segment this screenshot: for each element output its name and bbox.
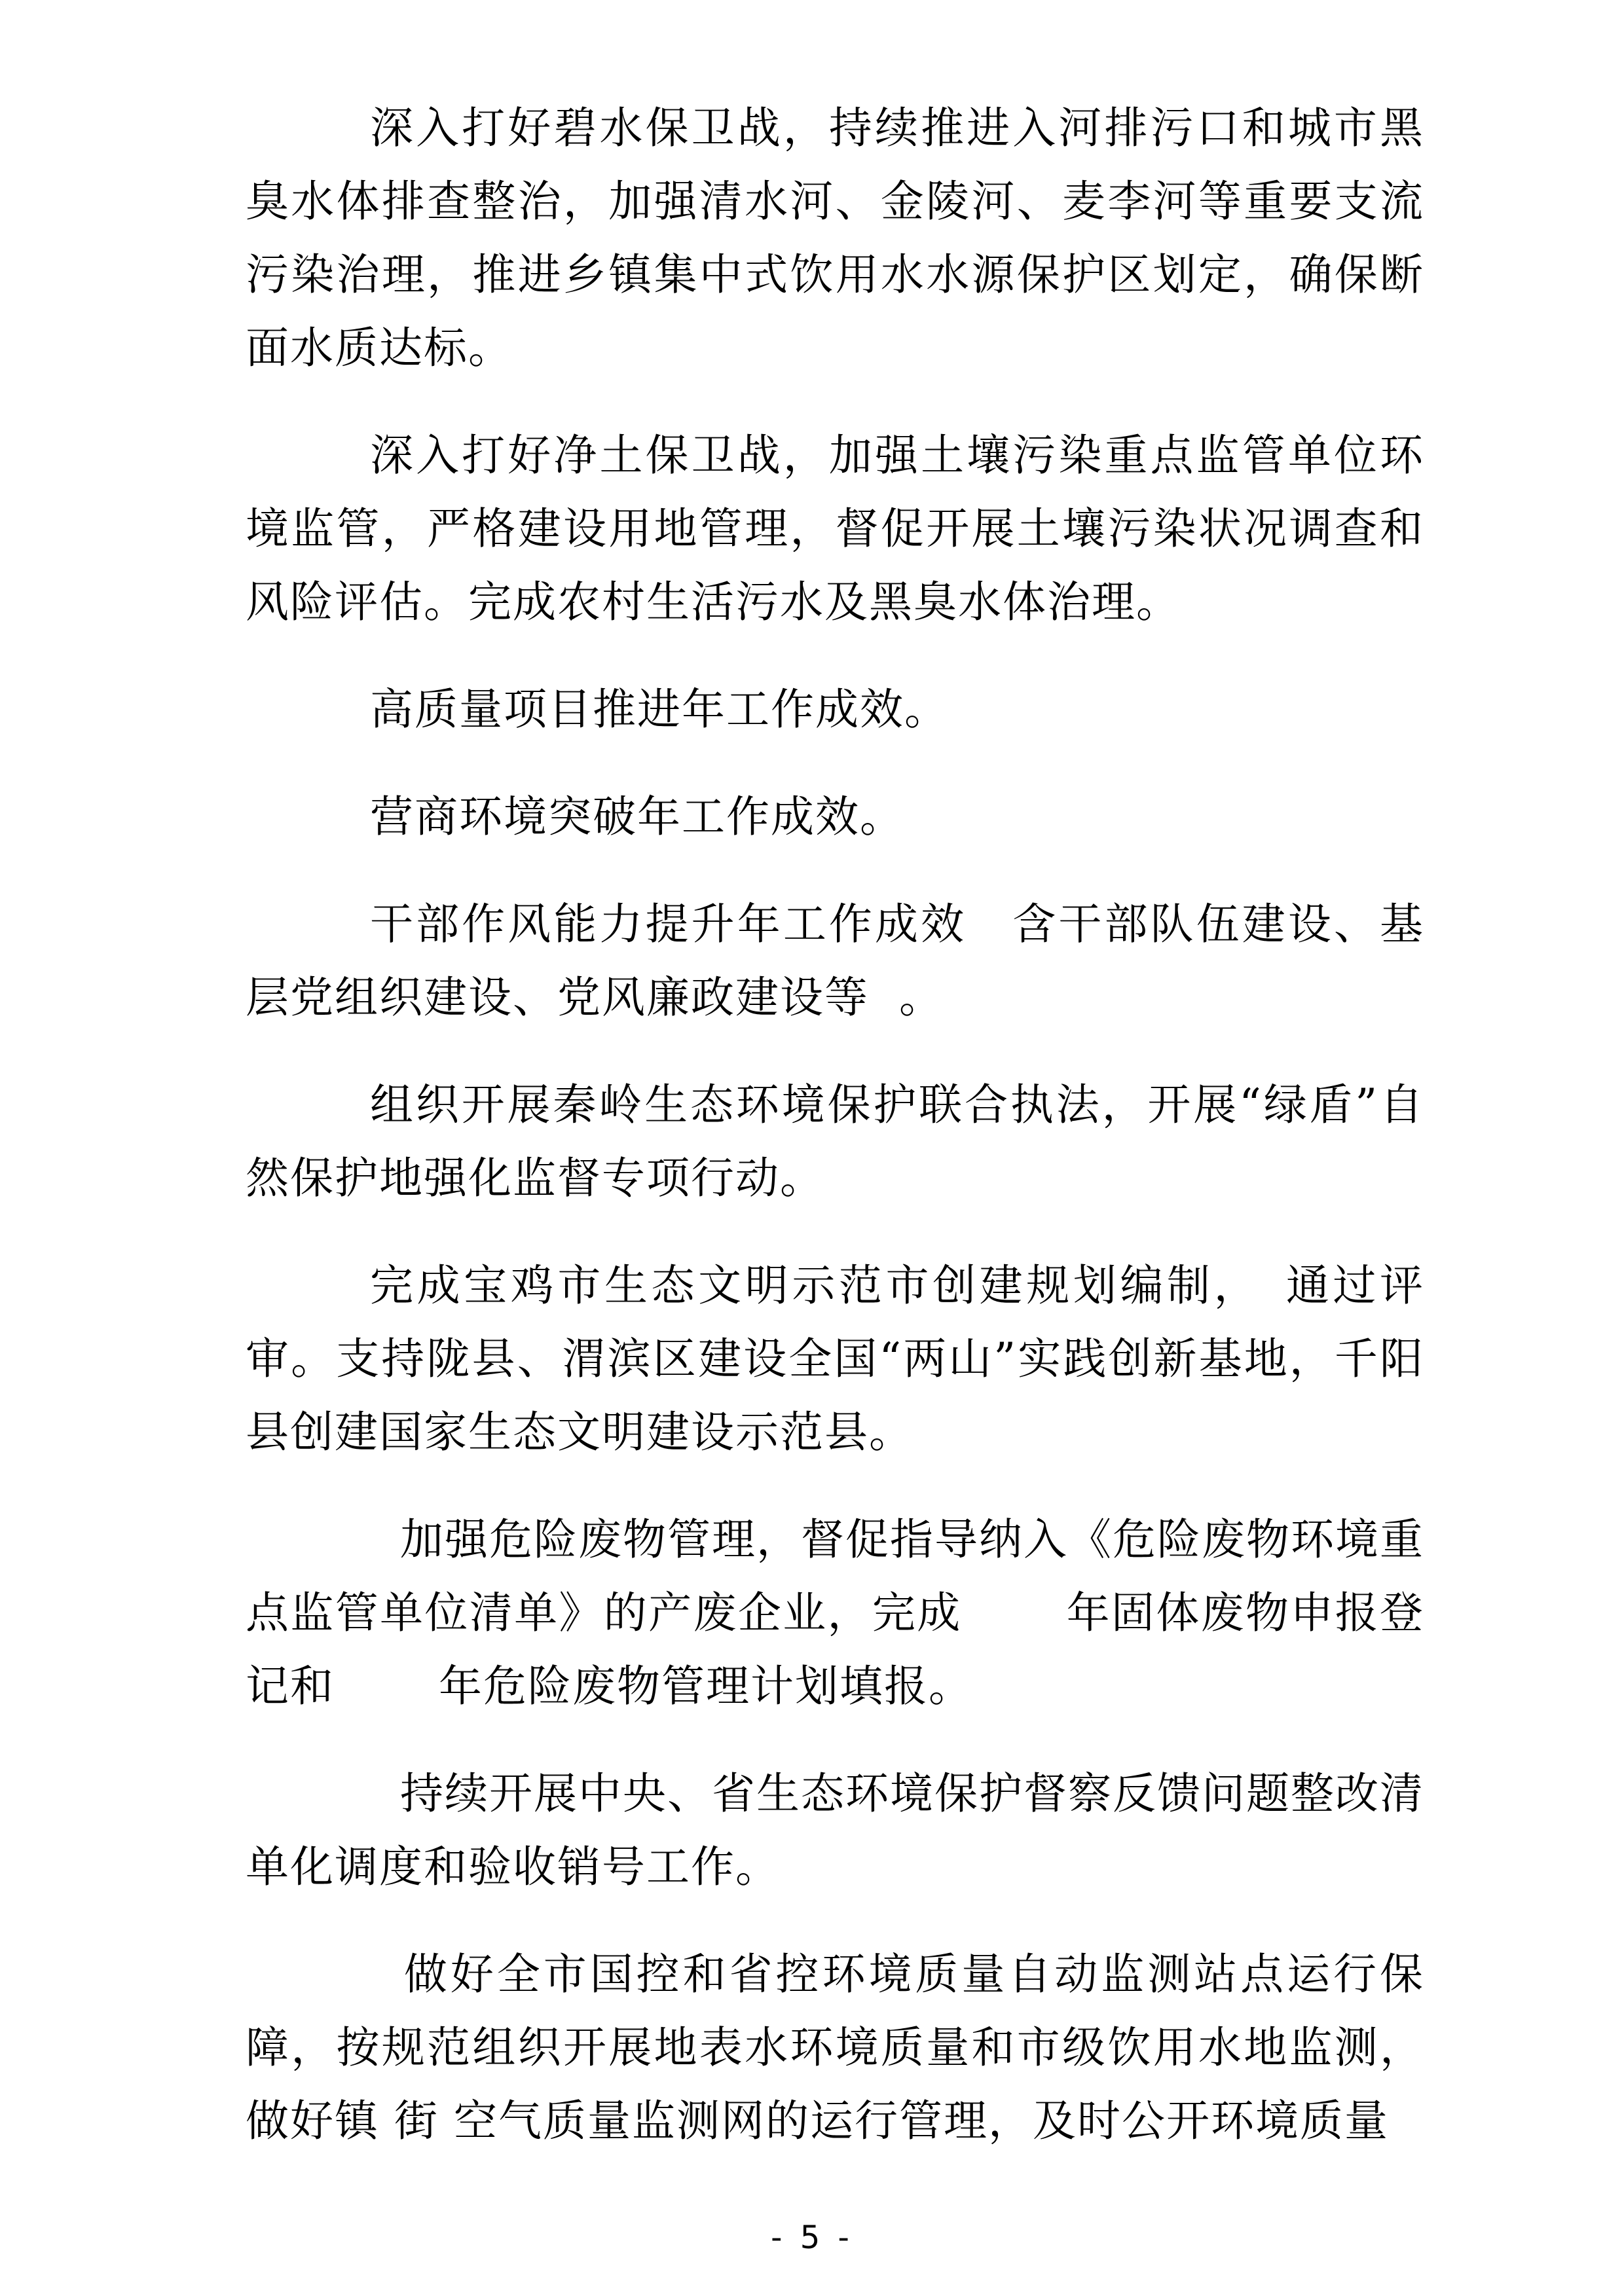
paragraph: 营商环境突破年工作成效。 [246,780,1424,854]
paragraph: 做好全市国控和省控环境质量自动监测站点运行保障，按规范组织开展地表水环境质量和市… [246,1938,1424,2158]
paragraph: 干部作风能力提升年工作成效 含干部队伍建设、基层党组织建设、党风廉政建设等 。 [246,888,1424,1034]
document-body: 深入打好碧水保卫战，持续推进入河排污口和城市黑臭水体排查整治，加强清水河、金陵河… [246,92,1424,2192]
document-page: 深入打好碧水保卫战，持续推进入河排污口和城市黑臭水体排查整治，加强清水河、金陵河… [0,0,1624,2296]
page-number: - 5 - [0,2218,1624,2257]
paragraph: 深入打好净土保卫战，加强土壤污染重点监管单位环境监管，严格建设用地管理，督促开展… [246,419,1424,639]
paragraph: 加强危险废物管理，督促指导纳入《危险废物环境重点监管单位清单》的产废企业，完成 … [246,1503,1424,1723]
paragraph: 高质量项目推进年工作成效。 [246,673,1424,746]
paragraph: 完成宝鸡市生态文明示范市创建规划编制， 通过评审。支持陇县、渭滨区建设全国“两山… [246,1249,1424,1469]
paragraph: 深入打好碧水保卫战，持续推进入河排污口和城市黑臭水体排查整治，加强清水河、金陵河… [246,92,1424,385]
paragraph: 组织开展秦岭生态环境保护联合执法，开展“绿盾”自然保护地强化监督专项行动。 [246,1068,1424,1215]
paragraph: 持续开展中央、省生态环境保护督察反馈问题整改清单化调度和验收销号工作。 [246,1757,1424,1904]
